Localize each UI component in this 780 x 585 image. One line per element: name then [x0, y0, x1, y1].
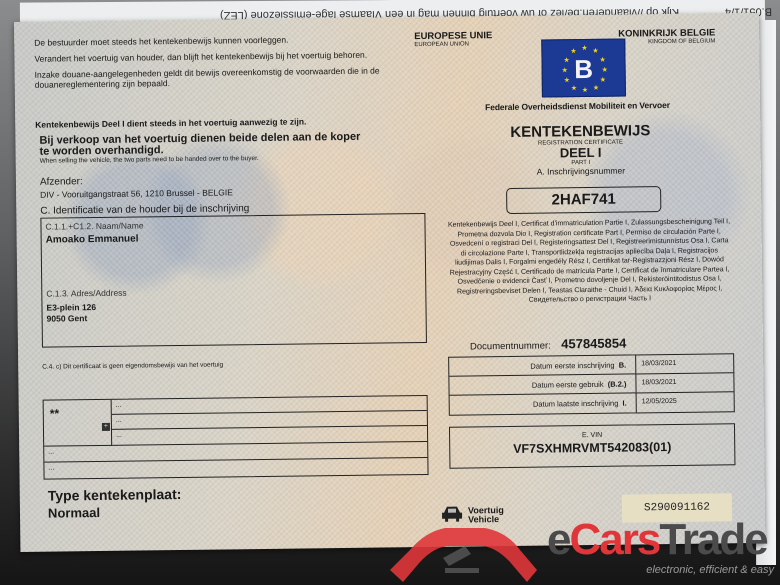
registration-number: 2HAF741 [506, 186, 661, 214]
intro-notes: De bestuurder moet steeds het kentekenbe… [34, 33, 415, 96]
certificate-title-block: KENTEKENBEWIJS REGISTRATION CERTIFICATE … [485, 122, 676, 177]
date-label: Datum eerste gebruik (B.2.) [532, 380, 627, 390]
date-label: Datum laatste inschrijving I. [533, 399, 627, 409]
holder-name-value: Amoako Emmanuel [46, 233, 139, 245]
brand-name: eCarsTrade [547, 518, 767, 562]
country-letter: B [542, 54, 624, 86]
document-number-value: 457845854 [561, 336, 626, 352]
plate-type-label: Type kentekenplaat: [48, 486, 182, 504]
dates-table: Datum eerste inschrijving B. 18/03/2021 … [448, 353, 735, 415]
document-number: Documentnummer: 457845854 [470, 335, 627, 355]
holder-address-label: C.1.3. Adres/Address [46, 288, 126, 299]
vin-box: E. VIN VF7SXHMRVMT542083(01) [449, 423, 735, 468]
intro-note: Inzake douane-aangelegenheden geldt dit … [35, 65, 415, 90]
ownership-note: C.4. c) Dit certificaat is geen eigendom… [42, 361, 223, 370]
intro-note: De bestuurder moet steeds het kentekenbe… [34, 33, 414, 48]
date-label: Datum eerste inschrijving B. [530, 361, 626, 371]
grid-stars: ** [50, 406, 60, 420]
date-row: Datum laatste inschrijving I. 12/05/2025 [450, 392, 734, 414]
holder-box: C.1.1.+C1.2. Naam/Name Amoako Emmanuel C… [40, 213, 427, 348]
intro-note: Verandert het voertuig van houder, dan b… [34, 49, 414, 64]
ministry-name: Federale Overheidsdienst Mobiliteit en V… [485, 100, 670, 112]
certificate-title: KENTEKENBEWIJS [485, 122, 675, 141]
grid-row: ... [44, 458, 427, 479]
date-value: 18/03/2021 [641, 360, 676, 367]
eu-flag-icon: B ★ ★ ★ ★ ★ ★ ★ ★ ★ ★ ★ ★ [541, 39, 626, 98]
eu-heading: EUROPESE UNIE EUROPEAN UNION [414, 30, 492, 48]
sender-value: DIV - Vooruitgangstraat 56, 1210 Brussel… [40, 187, 233, 199]
sender-label: Afzender: [40, 176, 83, 188]
plate-type-value: Normaal [48, 505, 100, 521]
holder-address-line1: E3-plein 126 [46, 302, 96, 313]
kingdom-heading: KONINKRIJK BELGIE KINGDOM OF BELGIUM [618, 27, 715, 45]
document-number-label: Documentnummer: [470, 340, 551, 352]
car-arch-logo-icon [385, 510, 545, 585]
kingdom-label-en: KINGDOM OF BELGIUM [618, 38, 715, 45]
grid-marker-icon: + [102, 423, 110, 431]
eu-label-en: EUROPEAN UNION [414, 41, 492, 48]
keep-notice: Kentekenbewijs Deel I dient steeds in he… [35, 116, 306, 129]
extra-info-grid: ** + ... ... ... ... ... [43, 395, 429, 480]
registration-number-label: A. Inschrijvingsnummer [486, 165, 676, 177]
holder-address-line2: 9050 Gent [47, 313, 88, 323]
brand-tagline: electronic, efficient & easy [646, 564, 774, 576]
eu-label: EUROPESE UNIE [414, 30, 492, 42]
sale-notice-en: When selling the vehicle, the two parts … [40, 155, 259, 165]
certificate-languages: Kentekenbewijs Deel I, Certificat d'imma… [446, 217, 732, 306]
date-value: 12/05/2025 [642, 398, 677, 405]
ecarstrade-watermark: eCarsTrade electronic, efficient & easy [385, 510, 780, 585]
registration-certificate: De bestuurder moet steeds het kentekenbe… [14, 13, 765, 552]
date-value: 18/03/2021 [641, 379, 676, 386]
holder-name-label: C.1.1.+C1.2. Naam/Name [45, 220, 143, 231]
sale-notice-nl: Bij verkoop van het voertuig dienen beid… [39, 132, 369, 158]
vin-value: VF7SXHMRVMT542083(01) [450, 439, 734, 456]
grid-left-cell: ** + [44, 400, 113, 447]
